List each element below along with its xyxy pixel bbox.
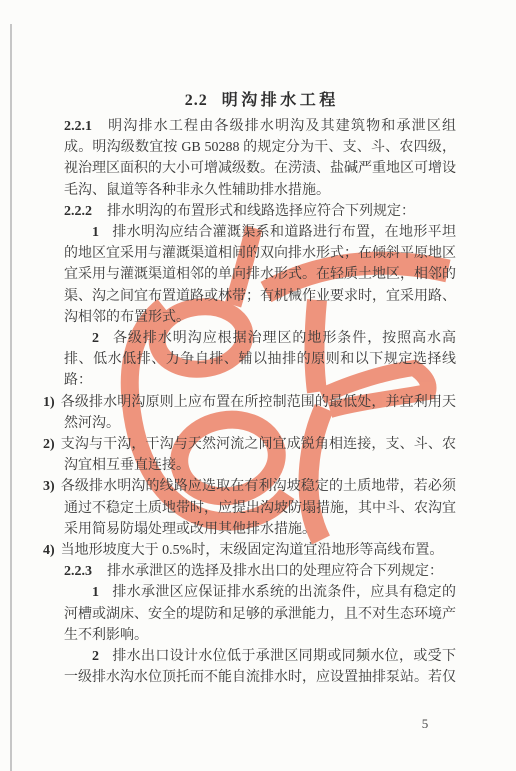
clause-text: 排水承泄区的选择及排水出口的处理应符合下列规定： (107, 564, 443, 579)
subitem-number: 2) (43, 437, 61, 452)
numbered-subitem: 1)各级排水明沟原则上应布置在所控制范围的最低处，并宜利用天然河沟。 (64, 392, 456, 434)
numbered-item: 1排水承泄区应保证排水系统的出流条件，应具有稳定的河槽或湖床、安全的堤防和足够的… (64, 582, 456, 646)
scan-edge-line (10, 24, 12, 771)
subitem-number: 1) (43, 395, 61, 410)
clause-paragraph: 2.2.2排水明沟的布置形式和线路选择应符合下列规定： (64, 201, 456, 222)
clause-text: 排水明沟的布置形式和线路选择应符合下列规定： (107, 204, 415, 219)
clause-text: 明沟排水工程由各级排水明沟及其建筑物和承泄区组成。明沟级数宜按 GB 50288… (64, 119, 456, 198)
page-number: 5 (412, 716, 438, 732)
section-heading: 2.2明沟排水工程 (64, 90, 456, 112)
subitem-number: 3) (43, 479, 61, 494)
subitem-text: 各级排水明沟的线路应选取在有利沟坡稳定的土质地带，若必须通过不稳定土质地带时，应… (61, 479, 456, 536)
clause-paragraph: 2.2.3排水承泄区的选择及排水出口的处理应符合下列规定： (64, 561, 456, 582)
subitem-text: 当地形坡度大于 0.5%时，末级固定沟道宜沿地形等高线布置。 (61, 543, 444, 558)
subitem-text: 支沟与干沟，干沟与天然河流之间宜成锐角相连接，支、斗、农沟宜相互垂直连接。 (61, 437, 456, 473)
document-body: 2.2明沟排水工程 2.2.1明沟排水工程由各级排水明沟及其建筑物和承泄区组成。… (64, 90, 456, 688)
numbered-subitem: 3)各级排水明沟的线路应选取在有利沟坡稳定的土质地带，若必须通过不稳定土质地带时… (64, 476, 456, 540)
numbered-item: 2排水出口设计水位低于承泄区同期或同频水位，或受下一级排水沟水位顶托而不能自流排… (64, 646, 456, 688)
item-number: 1 (92, 585, 112, 600)
section-number: 2.2 (185, 92, 208, 109)
clause-number: 2.2.3 (64, 564, 107, 579)
item-number: 2 (92, 331, 112, 346)
numbered-item: 1排水明沟应结合灌溉渠系和道路进行布置，在地形平坦的地区宜采用与灌溉渠道相间的双… (64, 222, 456, 328)
item-text: 排水承泄区应保证排水系统的出流条件，应具有稳定的河槽或湖床、安全的堤防和足够的承… (64, 585, 456, 642)
subitem-number: 4) (43, 543, 61, 558)
numbered-subitem: 2)支沟与干沟，干沟与天然河流之间宜成锐角相连接，支、斗、农沟宜相互垂直连接。 (64, 434, 456, 476)
item-number: 2 (92, 649, 112, 664)
numbered-subitem: 4)当地形坡度大于 0.5%时，末级固定沟道宜沿地形等高线布置。 (64, 540, 456, 561)
numbered-item: 2各级排水明沟应根据治理区的地形条件，按照高水高排、低水低排、力争自排、辅以抽排… (64, 328, 456, 392)
clause-number: 2.2.1 (64, 119, 107, 134)
clause-number: 2.2.2 (64, 204, 107, 219)
subitem-text: 各级排水明沟原则上应布置在所控制范围的最低处，并宜利用天然河沟。 (61, 395, 456, 431)
section-title: 明沟排水工程 (222, 92, 339, 109)
item-number: 1 (92, 225, 112, 240)
item-text: 排水明沟应结合灌溉渠系和道路进行布置，在地形平坦的地区宜采用与灌溉渠道相间的双向… (64, 225, 456, 325)
item-text: 各级排水明沟应根据治理区的地形条件，按照高水高排、低水低排、力争自排、辅以抽排的… (64, 331, 456, 388)
scanned-document-page: 2.2明沟排水工程 2.2.1明沟排水工程由各级排水明沟及其建筑物和承泄区组成。… (0, 0, 516, 771)
item-text: 排水出口设计水位低于承泄区同期或同频水位，或受下一级排水沟水位顶托而不能自流排水… (64, 649, 456, 685)
clause-paragraph: 2.2.1明沟排水工程由各级排水明沟及其建筑物和承泄区组成。明沟级数宜按 GB … (64, 116, 456, 201)
